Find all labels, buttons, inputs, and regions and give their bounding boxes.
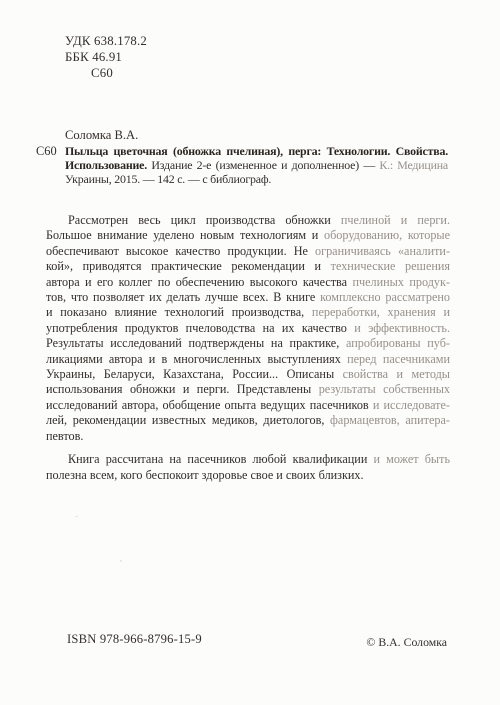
annotation-paragraph-1: Рассмотрен весь цикл производства обножк… [46,213,450,444]
scan-speck [75,516,78,517]
bbk-code: ББК 46.91 [65,49,147,65]
classification-codes: УДК 638.178.2 ББК 46.91 С60 [65,33,147,81]
bibliographic-description: Пыльца цветочная (обножка пчелиная), пер… [65,145,448,187]
annotation-paragraph-2: Книга рассчитана на пасечников любой ква… [46,452,450,483]
book-imprint-page: УДК 638.178.2 ББК 46.91 С60 Соломка В.А.… [0,0,500,705]
copyright-notice: © В.А. Соломка [366,635,447,649]
annotation-block: Рассмотрен весь цикл производства обножк… [46,213,450,483]
bibliographic-entry: С60 Пыльца цветочная (обножка пчелиная),… [65,145,448,187]
catalog-code-margin: С60 [36,145,57,159]
udk-code: УДК 638.178.2 [65,33,147,49]
author-name: Соломка В.А. [65,128,138,143]
catalog-code: С60 [65,65,147,81]
isbn: ISBN 978-966-8796-15-9 [67,632,202,647]
scan-speck [120,560,122,562]
